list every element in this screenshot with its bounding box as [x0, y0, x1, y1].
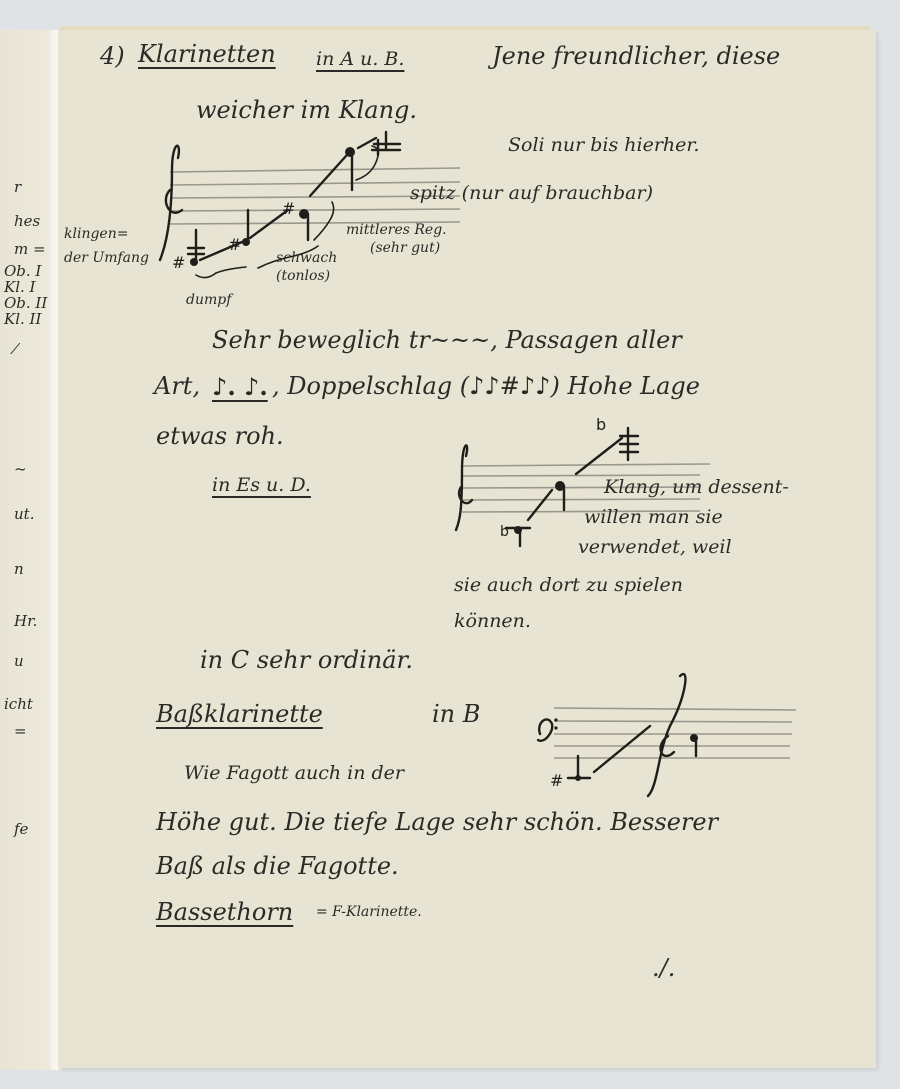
bassethorn-text: = F-Klarinette. [316, 904, 422, 920]
klingender-label-2: der Umfang [64, 250, 149, 266]
es-d-text-1: Klang, um dessent- [604, 476, 789, 498]
para1-line2-b: , Doppelschlag (♪♪#♪♪) Hohe Lage [272, 372, 700, 400]
left-page-fragment: ⁄ [14, 340, 17, 358]
bassethorn-heading: Bassethorn [156, 898, 293, 926]
left-page-fragment: Hr. [14, 612, 37, 630]
es-d-text-4: sie auch dort zu spielen [454, 574, 683, 596]
section-number: 4) [100, 42, 125, 70]
left-page-fragment: = [14, 722, 27, 740]
es-d-heading: in Es u. D. [212, 474, 311, 496]
treble-clef-icon [160, 146, 182, 260]
left-page-fragment: m = [14, 240, 46, 258]
heading-klarinetten: Klarinetten [138, 40, 276, 68]
left-page-fragment: ~ [14, 460, 27, 478]
para1-line1: Sehr beweglich tr~~~, Passagen aller [212, 326, 682, 354]
sehr-gut: (sehr gut) [370, 240, 440, 256]
c-line: in C sehr ordinär. [200, 646, 413, 674]
soli-note: Soli nur bis hierher. [508, 134, 699, 156]
left-page-fragment: n [14, 560, 24, 578]
svg-text:b: b [596, 415, 606, 434]
es-d-text-2: willen man sie [584, 506, 723, 528]
spitz-note: spitz (nur auf brauchbar) [410, 182, 653, 204]
svg-text:#: # [550, 771, 563, 790]
svg-text:b: b [500, 524, 509, 540]
dumpf-label: dumpf [186, 292, 231, 308]
line1-text: Jene freundlicher, diese [492, 42, 780, 70]
bass-text-2: Höhe gut. Die tiefe Lage sehr schön. Bes… [156, 808, 718, 836]
left-page-fragment: Kl. II [4, 310, 41, 328]
schwach-label: schwach [276, 250, 337, 266]
bass-clarinet-range-staff: # [530, 666, 800, 816]
bass-clef-icon [538, 719, 552, 740]
bass-heading: Baßklarinette [156, 700, 323, 728]
tonlos-label: (tonlos) [276, 268, 330, 284]
left-page-fragment: u [14, 652, 24, 670]
mittleres-register: mittleres Reg. [346, 222, 447, 238]
left-page-fragment: icht [4, 695, 33, 713]
klingender-label-1: klingen= [64, 226, 128, 242]
para1-line2-a: Art, [154, 372, 200, 400]
svg-text:#: # [228, 235, 241, 254]
es-d-text-3: verwendet, weil [578, 536, 732, 558]
svg-text:#: # [172, 253, 185, 272]
left-page-fragment: r [14, 178, 21, 196]
bass-qualifier: in B [432, 700, 480, 728]
para1-line3: etwas roh. [156, 422, 284, 450]
left-page-fragment: fe [14, 820, 28, 838]
svg-text:#: # [282, 199, 295, 218]
left-page-fragment: ut. [14, 505, 34, 523]
para1-notes: ♪. ♪. [212, 372, 268, 401]
bass-text-1: Wie Fagott auch in der [184, 762, 404, 784]
end-mark: ./. [652, 954, 675, 982]
left-page-fragment: hes [14, 212, 40, 230]
heading-qualifier: in A u. B. [316, 48, 404, 70]
bass-text-3: Baß als die Fagotte. [156, 852, 399, 880]
es-d-text-5: können. [454, 610, 531, 632]
